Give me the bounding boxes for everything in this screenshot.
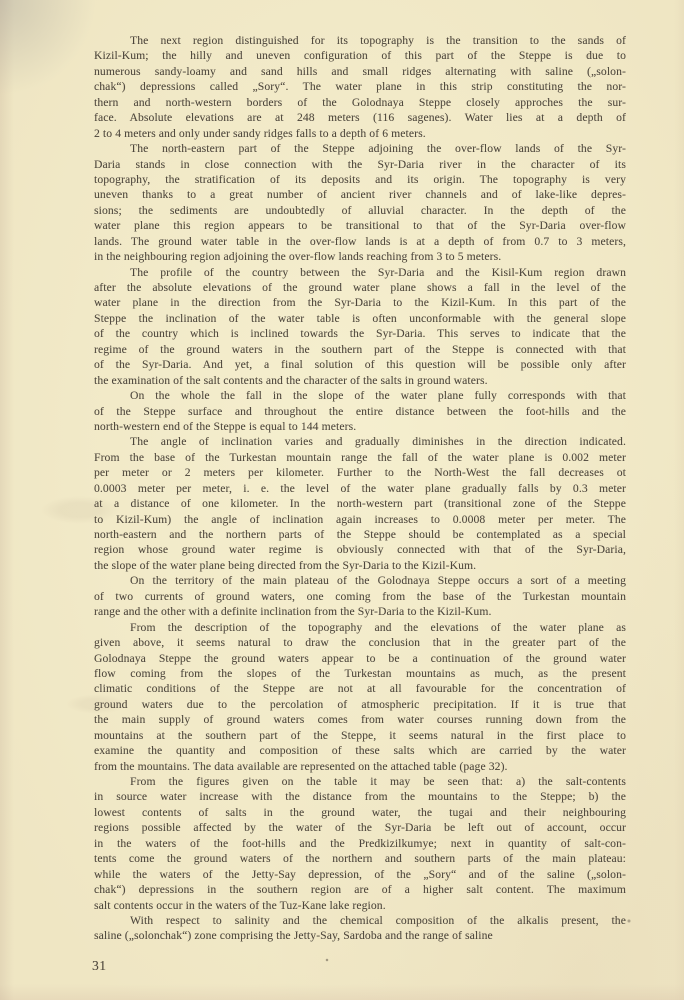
text-line: 2 to 4 meters and only under sandy ridge… xyxy=(94,126,626,141)
text-line: regime of the ground waters in the south… xyxy=(94,342,626,357)
text-line: mountains at the southern part of the St… xyxy=(94,728,626,743)
text-line: From the base of the Turkestan mountain … xyxy=(94,450,626,465)
text-line: Steppe the inclination of the water tabl… xyxy=(94,311,626,326)
text-line: to Kizil-Kum) the angle of inclination a… xyxy=(94,512,626,527)
text-line: tents come the ground waters of the nort… xyxy=(94,851,626,866)
text-line: sions; the sediments are undoubtedly of … xyxy=(94,203,626,218)
text-line: water plane this region appears to be tr… xyxy=(94,218,626,233)
text-line: On the whole the fall in the slope of th… xyxy=(94,388,626,403)
text-line: lowest contents of salts in the ground w… xyxy=(94,805,626,820)
text-line: the main supply of ground waters comes f… xyxy=(94,712,626,727)
text-line: From the figures given on the table it m… xyxy=(94,774,626,789)
text-line: saline („solonchak“) zone comprising the… xyxy=(94,928,626,943)
text-line: The north-eastern part of the Steppe adj… xyxy=(94,141,626,156)
page-text-block: The next region distinguished for its to… xyxy=(94,33,626,944)
text-line: chak“) depressions in the southern regio… xyxy=(94,882,626,897)
text-line: climatic conditions of the Steppe are no… xyxy=(94,681,626,696)
text-line: lands. The ground water table in the ove… xyxy=(94,234,626,249)
text-line: the slope of the water plane being direc… xyxy=(94,558,626,573)
text-line: numerous sandy-loamy and sand hills and … xyxy=(94,64,626,79)
text-line: from the mountains. The data available a… xyxy=(94,759,626,774)
paragraph: From the description of the topography a… xyxy=(94,620,626,774)
text-line: water plane in the direction from the Sy… xyxy=(94,295,626,310)
text-line: uneven thanks to a great number of ancie… xyxy=(94,187,626,202)
text-line: face. Absolute elevations are at 248 met… xyxy=(94,110,626,125)
paragraph: The north-eastern part of the Steppe adj… xyxy=(94,141,626,265)
text-line: flow coming from the slopes of the Turke… xyxy=(94,666,626,681)
text-line: north-eastern and the northern parts of … xyxy=(94,527,626,542)
paragraph: On the whole the fall in the slope of th… xyxy=(94,388,626,434)
text-line: of the Syr-Daria. And yet, a final solut… xyxy=(94,357,626,372)
text-line: of two currents of ground waters, one co… xyxy=(94,589,626,604)
paragraph: The profile of the country between the S… xyxy=(94,265,626,389)
text-line: The next region distinguished for its to… xyxy=(94,33,626,48)
text-line: From the description of the topography a… xyxy=(94,620,626,635)
text-line: examine the quantity and composition of … xyxy=(94,743,626,758)
text-line: of the Steppe surface and throughout the… xyxy=(94,404,626,419)
text-line: north-western end of the Steppe is equal… xyxy=(94,419,626,434)
paragraph: The next region distinguished for its to… xyxy=(94,33,626,141)
text-line: in source water increase with the distan… xyxy=(94,789,626,804)
text-line: Golodnaya Steppe the ground waters appea… xyxy=(94,651,626,666)
text-line: topography, the stratification of its de… xyxy=(94,172,626,187)
text-line: in the waters of the foot-hills and the … xyxy=(94,836,626,851)
paragraph: From the figures given on the table it m… xyxy=(94,774,626,913)
paragraph: With respect to salinity and the chemica… xyxy=(94,913,626,944)
paragraph: The angle of inclination varies and grad… xyxy=(94,434,626,573)
text-line: Kizil-Kum; the hilly and uneven configur… xyxy=(94,48,626,63)
text-line: salt contents occur in the waters of the… xyxy=(94,898,626,913)
text-line: ground waters due to the percolation of … xyxy=(94,697,626,712)
scanned-book-page: The next region distinguished for its to… xyxy=(0,0,684,1000)
text-line: in the neighbouring region adjoining the… xyxy=(94,249,626,264)
text-line: On the territory of the main plateau of … xyxy=(94,573,626,588)
text-line: Daria stands in close connection with th… xyxy=(94,157,626,172)
text-line: chak“) depressions called „Sory“. The wa… xyxy=(94,79,626,94)
text-line: The profile of the country between the S… xyxy=(94,265,626,280)
page-number: 31 xyxy=(92,958,107,974)
text-line: while the waters of the Jetty-Say depres… xyxy=(94,867,626,882)
text-line: region whose ground water regime is obvi… xyxy=(94,542,626,557)
text-line: regions possible affected by the water o… xyxy=(94,820,626,835)
text-line: after the absolute elevations of the gro… xyxy=(94,280,626,295)
text-line: thern and north-western borders of the G… xyxy=(94,95,626,110)
text-line: With respect to salinity and the chemica… xyxy=(94,913,626,928)
text-line: of the country which is inclined towards… xyxy=(94,326,626,341)
text-line: at a distance of one kilometer. In the n… xyxy=(94,496,626,511)
text-line: The angle of inclination varies and grad… xyxy=(94,434,626,449)
text-line: 0.0003 meter per meter, i. e. the level … xyxy=(94,481,626,496)
text-line: range and the other with a definite incl… xyxy=(94,604,626,619)
text-line: per meter or 2 meters per kilometer. Fur… xyxy=(94,465,626,480)
text-line: the examination of the salt contents and… xyxy=(94,373,626,388)
paragraph: On the territory of the main plateau of … xyxy=(94,573,626,619)
text-line: given above, it seems natural to draw th… xyxy=(94,635,626,650)
